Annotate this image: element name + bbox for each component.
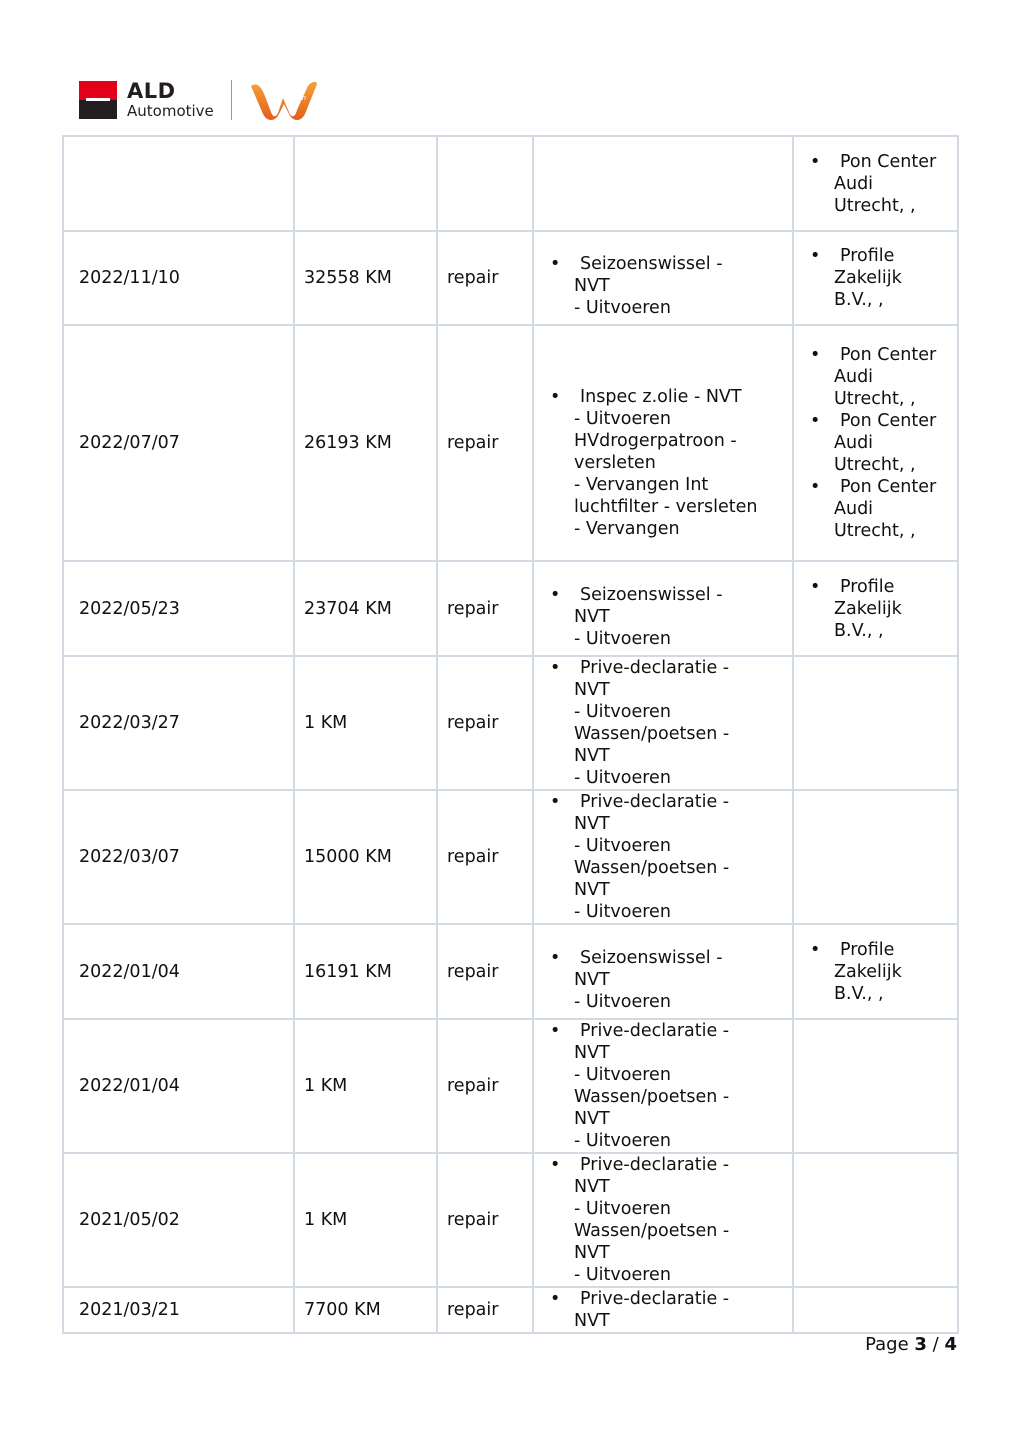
date-cell: 2021/05/02 xyxy=(63,1153,294,1287)
description-cell: Prive-declaratie - NVT - Uitvoeren Wasse… xyxy=(533,656,793,790)
mileage-cell: 1 KM xyxy=(294,1019,437,1153)
table-row: 2021/05/021 KMrepairPrive-declaratie - N… xyxy=(63,1153,958,1287)
current-page: 3 xyxy=(914,1334,927,1355)
description-cell-list: Prive-declaratie - NVT - Uitvoeren Wasse… xyxy=(534,657,792,789)
garage-cell xyxy=(793,1153,958,1287)
description-cell-list: Seizoenswissel - NVT - Uitvoeren xyxy=(534,931,792,1013)
logo-divider xyxy=(231,80,232,120)
date-cell: 2022/07/07 xyxy=(63,325,294,561)
description-cell: Seizoenswissel - NVT - Uitvoeren xyxy=(533,561,793,656)
table-row: 2021/03/217700 KMrepairPrive-declaratie … xyxy=(63,1287,958,1333)
garage-cell-list: Profile Zakelijk B.V., , xyxy=(794,939,957,1005)
garage-cell xyxy=(793,1019,958,1153)
description-cell-list: Prive-declaratie - NVT - Uitvoeren Wasse… xyxy=(534,791,792,923)
mileage-cell: 26193 KM xyxy=(294,325,437,561)
type-cell: repair xyxy=(437,790,533,924)
date-cell: 2022/01/04 xyxy=(63,924,294,1019)
mileage-cell: 1 KM xyxy=(294,1153,437,1287)
date-cell: 2022/03/07 xyxy=(63,790,294,924)
description-cell-list: Seizoenswissel - NVT - Uitvoeren xyxy=(534,568,792,650)
list-item: Prive-declaratie - NVT - Uitvoeren Wasse… xyxy=(534,1020,792,1152)
list-item: Prive-declaratie - NVT xyxy=(534,1288,792,1332)
date-cell: 2022/01/04 xyxy=(63,1019,294,1153)
ald-logo-icon xyxy=(79,81,117,119)
garage-cell: Profile Zakelijk B.V., , xyxy=(793,924,958,1019)
type-cell: repair xyxy=(437,325,533,561)
date-cell: 2022/05/23 xyxy=(63,561,294,656)
page-separator: / xyxy=(933,1334,939,1355)
type-cell: repair xyxy=(437,1019,533,1153)
date-cell: 2022/03/27 xyxy=(63,656,294,790)
garage-cell xyxy=(793,656,958,790)
list-item: Seizoenswissel - NVT - Uitvoeren xyxy=(534,584,792,650)
list-item: Pon Center Audi Utrecht, , xyxy=(794,476,957,542)
garage-cell: Profile Zakelijk B.V., , xyxy=(793,231,958,325)
description-cell: Prive-declaratie - NVT - Uitvoeren Wasse… xyxy=(533,790,793,924)
list-item: Inspec z.olie - NVT - Uitvoeren HVdroger… xyxy=(534,386,792,540)
page-number: Page 3 / 4 xyxy=(865,1334,957,1355)
table-row: 2022/01/041 KMrepairPrive-declaratie - N… xyxy=(63,1019,958,1153)
type-cell: repair xyxy=(437,231,533,325)
type-cell: repair xyxy=(437,1287,533,1333)
description-cell-list: Seizoenswissel - NVT - Uitvoeren xyxy=(534,238,792,319)
garage-cell xyxy=(793,790,958,924)
list-item: Prive-declaratie - NVT - Uitvoeren Wasse… xyxy=(534,1154,792,1286)
list-item: Prive-declaratie - NVT - Uitvoeren Wasse… xyxy=(534,657,792,789)
garage-cell: Pon Center Audi Utrecht, ,Pon Center Aud… xyxy=(793,325,958,561)
description-cell-list: Inspec z.olie - NVT - Uitvoeren HVdroger… xyxy=(534,346,792,540)
table-row: 2022/03/0715000 KMrepairPrive-declaratie… xyxy=(63,790,958,924)
table-row: 2022/05/2323704 KMrepairSeizoenswissel -… xyxy=(63,561,958,656)
garage-cell xyxy=(793,1287,958,1333)
type-cell: repair xyxy=(437,1153,533,1287)
garage-cell-list: Pon Center Audi Utrecht, ,Pon Center Aud… xyxy=(794,344,957,542)
total-pages: 4 xyxy=(944,1334,957,1355)
brand-primary: ALD xyxy=(127,81,214,102)
date-cell: 2021/03/21 xyxy=(63,1287,294,1333)
description-cell-list: Prive-declaratie - NVT - Uitvoeren Wasse… xyxy=(534,1020,792,1152)
table-row: 2022/03/271 KMrepairPrive-declaratie - N… xyxy=(63,656,958,790)
leaseplan-text: LeasePlan xyxy=(271,94,306,102)
description-cell: Prive-declaratie - NVT xyxy=(533,1287,793,1333)
mileage-cell: 7700 KM xyxy=(294,1287,437,1333)
list-item: Seizoenswissel - NVT - Uitvoeren xyxy=(534,253,792,319)
mileage-cell: 16191 KM xyxy=(294,924,437,1019)
leaseplan-logo-icon: LeasePlan xyxy=(249,78,319,122)
table-row: 2022/01/0416191 KMrepairSeizoenswissel -… xyxy=(63,924,958,1019)
description-cell: Seizoenswissel - NVT - Uitvoeren xyxy=(533,231,793,325)
list-item: Seizoenswissel - NVT - Uitvoeren xyxy=(534,947,792,1013)
description-cell-list: Prive-declaratie - NVT - Uitvoeren Wasse… xyxy=(534,1154,792,1286)
description-cell xyxy=(533,136,793,231)
type-cell: repair xyxy=(437,656,533,790)
mileage-cell: 1 KM xyxy=(294,656,437,790)
brand-secondary: Automotive xyxy=(127,104,214,119)
mileage-cell: 15000 KM xyxy=(294,790,437,924)
description-cell: Prive-declaratie - NVT - Uitvoeren Wasse… xyxy=(533,1153,793,1287)
list-item: Pon Center Audi Utrecht, , xyxy=(794,344,957,410)
garage-cell-list: Profile Zakelijk B.V., , xyxy=(794,576,957,642)
date-cell xyxy=(63,136,294,231)
garage-cell: Profile Zakelijk B.V., , xyxy=(793,561,958,656)
list-item: Profile Zakelijk B.V., , xyxy=(794,939,957,1005)
list-item: Pon Center Audi Utrecht, , xyxy=(794,410,957,476)
description-cell: Inspec z.olie - NVT - Uitvoeren HVdroger… xyxy=(533,325,793,561)
table-row: 2022/11/1032558 KMrepairSeizoenswissel -… xyxy=(63,231,958,325)
list-item: Profile Zakelijk B.V., , xyxy=(794,576,957,642)
page-header: ALD Automotive LeasePlan xyxy=(79,78,319,122)
type-cell: repair xyxy=(437,924,533,1019)
garage-cell-list: Profile Zakelijk B.V., , xyxy=(794,245,957,311)
mileage-cell: 23704 KM xyxy=(294,561,437,656)
mileage-cell: 32558 KM xyxy=(294,231,437,325)
table-row: Pon Center Audi Utrecht, , xyxy=(63,136,958,231)
ald-brand-text: ALD Automotive xyxy=(127,81,214,119)
garage-cell-list: Pon Center Audi Utrecht, , xyxy=(794,151,957,217)
mileage-cell xyxy=(294,136,437,231)
maintenance-history-table: Pon Center Audi Utrecht, ,2022/11/103255… xyxy=(62,135,959,1334)
type-cell xyxy=(437,136,533,231)
list-item: Prive-declaratie - NVT - Uitvoeren Wasse… xyxy=(534,791,792,923)
table-row: 2022/07/0726193 KMrepairInspec z.olie - … xyxy=(63,325,958,561)
list-item: Pon Center Audi Utrecht, , xyxy=(794,151,957,217)
date-cell: 2022/11/10 xyxy=(63,231,294,325)
description-cell: Prive-declaratie - NVT - Uitvoeren Wasse… xyxy=(533,1019,793,1153)
description-cell: Seizoenswissel - NVT - Uitvoeren xyxy=(533,924,793,1019)
garage-cell: Pon Center Audi Utrecht, , xyxy=(793,136,958,231)
page-label: Page xyxy=(865,1334,909,1355)
list-item: Profile Zakelijk B.V., , xyxy=(794,245,957,311)
type-cell: repair xyxy=(437,561,533,656)
description-cell-list: Prive-declaratie - NVT xyxy=(534,1288,792,1332)
